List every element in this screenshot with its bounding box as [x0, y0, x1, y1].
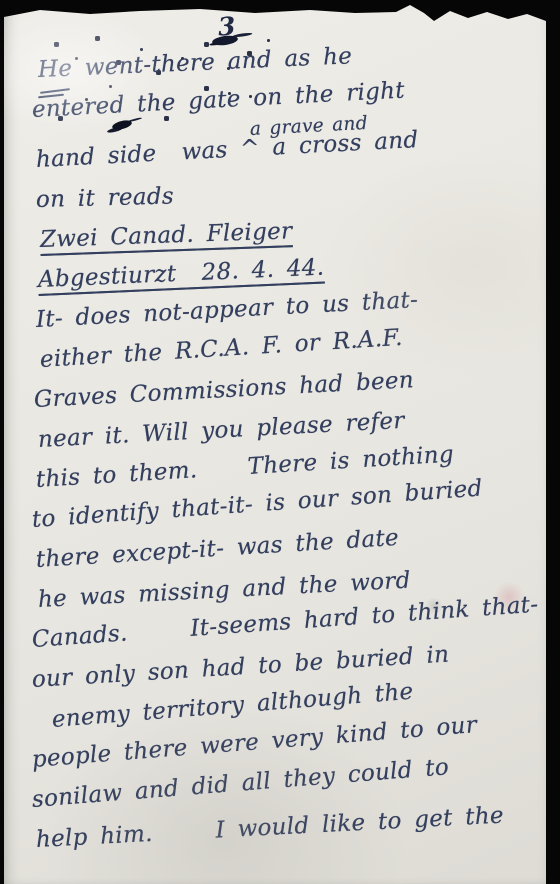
- page-number: 3: [217, 11, 236, 41]
- letter-page: 3 He went-there and as he entered the ga…: [0, 0, 560, 884]
- ink-speckles: [0, 0, 1, 1]
- handwritten-text: He went-there and as he entered the gate…: [32, 50, 538, 860]
